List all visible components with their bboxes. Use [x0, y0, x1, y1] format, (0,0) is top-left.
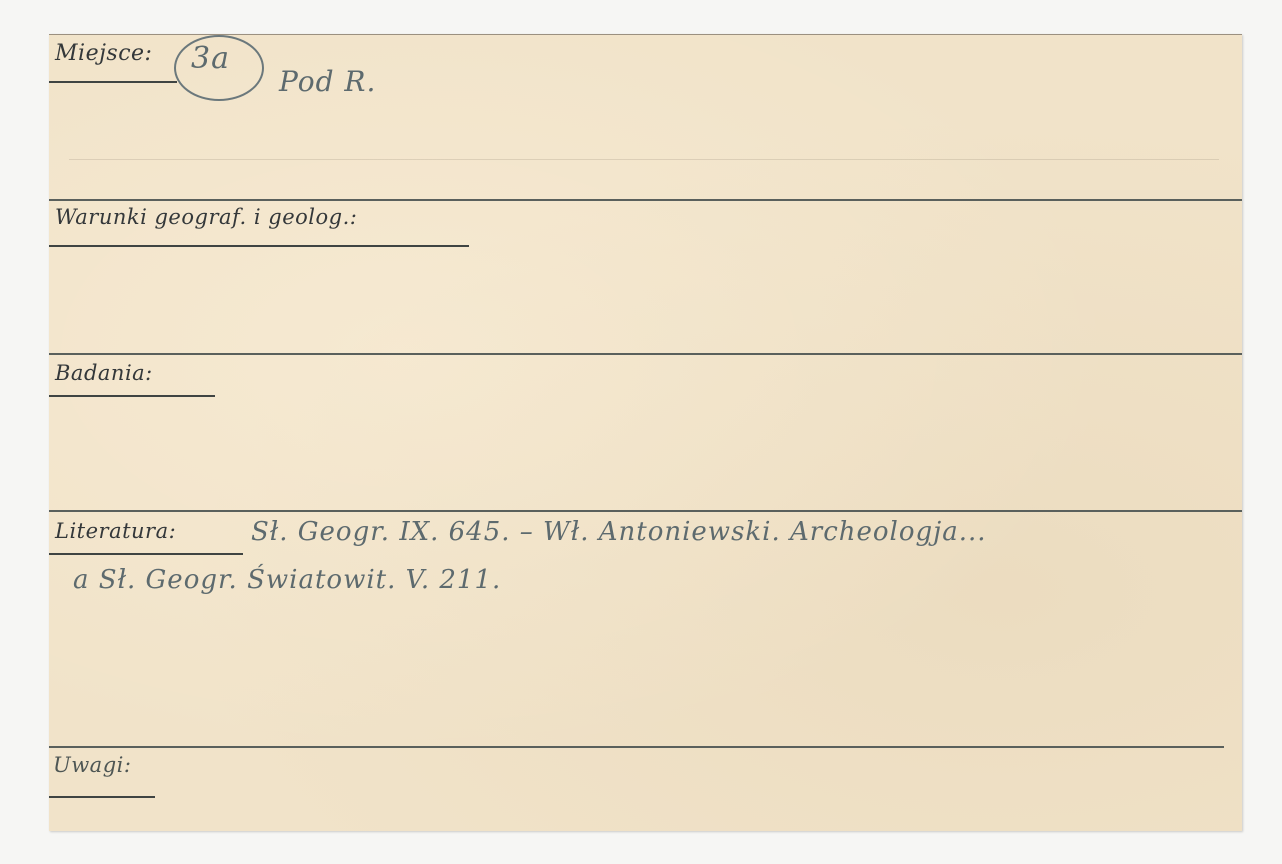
section-divider-uwagi — [49, 746, 1224, 748]
section-divider-badania — [49, 353, 1242, 355]
uwagi-label-underline — [49, 796, 155, 798]
miejsce-label-underline — [49, 81, 177, 83]
section-divider-warunki — [49, 199, 1242, 201]
warunki-label: Warunki geograf. i geolog.: — [55, 205, 357, 229]
literatura-entry-line-2: a Sł. Geogr. Światowit. V. 211. — [73, 565, 501, 595]
miejsce-circled-value: 3a — [191, 41, 230, 76]
badania-label: Badania: — [55, 361, 153, 385]
archive-index-card: Miejsce: 3a Pod R. Warunki geograf. i ge… — [49, 34, 1242, 831]
miejsce-label: Miejsce: — [55, 41, 152, 66]
section-divider-literatura — [49, 510, 1242, 512]
warunki-label-underline — [49, 245, 469, 247]
literatura-label-underline — [49, 553, 243, 555]
literatura-label: Literatura: — [55, 519, 176, 543]
badania-label-underline — [49, 395, 215, 397]
uwagi-label: Uwagi: — [53, 753, 131, 777]
miejsce-value: Pod R. — [279, 65, 376, 98]
literatura-entry-line-1: Sł. Geogr. IX. 645. – Wł. Antoniewski. A… — [251, 517, 987, 547]
faint-guide-line — [69, 159, 1219, 160]
